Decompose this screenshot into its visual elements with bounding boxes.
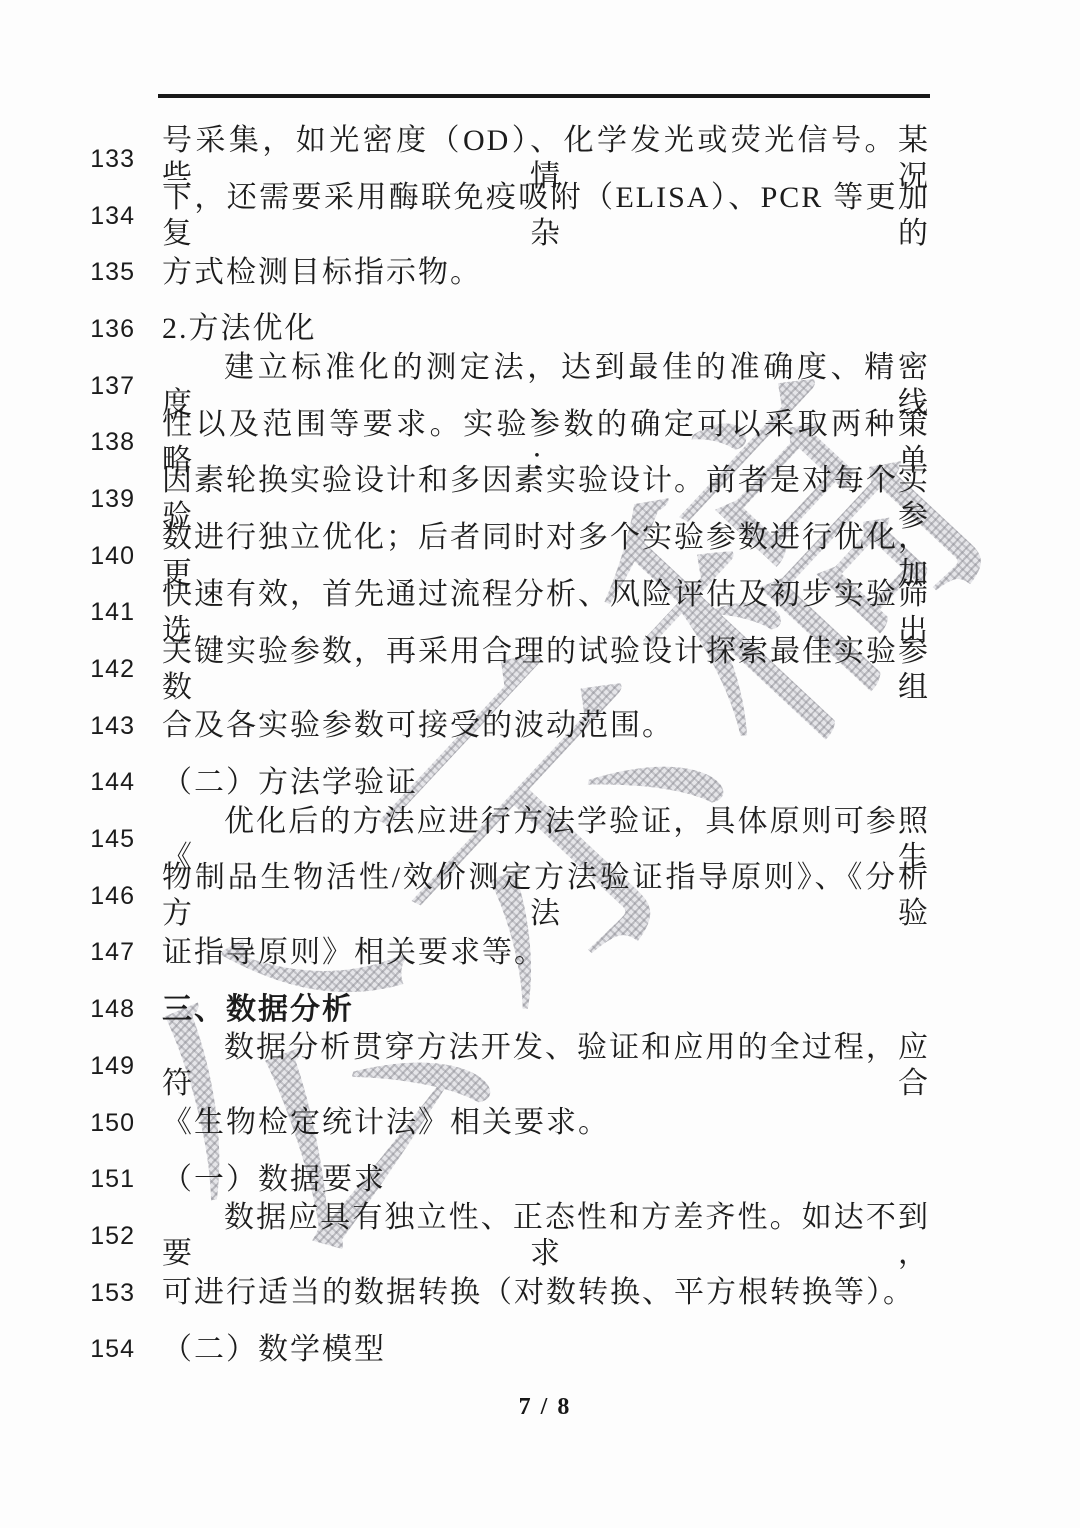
text-block: 133 号采集，如光密度（OD）、化学发光或荧光信号。某些情况 134 下，还需… (0, 131, 1080, 1378)
document-line: 147 证指导原则》相关要求等。 (0, 925, 1080, 982)
line-number: 150 (0, 1109, 135, 1138)
line-number: 144 (0, 768, 135, 797)
line-number: 139 (0, 485, 135, 514)
line-number: 152 (0, 1222, 135, 1251)
line-number: 133 (0, 145, 135, 174)
line-text: 《生物检定统计法》相关要求。 (162, 1105, 930, 1141)
line-number: 134 (0, 202, 135, 231)
line-number: 141 (0, 598, 135, 627)
line-number: 148 (0, 995, 135, 1024)
line-number: 142 (0, 655, 135, 684)
page-number: 7 / 8 (160, 1394, 930, 1421)
line-text: （二）数学模型 (162, 1332, 930, 1368)
line-number: 151 (0, 1165, 135, 1194)
document-line: 146 物制品生物活性/效价测定方法验证指导原则》、《分析方法验 (0, 868, 1080, 925)
line-number: 147 (0, 938, 135, 967)
line-number: 138 (0, 428, 135, 457)
line-text: 证指导原则》相关要求等。 (162, 935, 930, 971)
line-number: 140 (0, 542, 135, 571)
line-number: 136 (0, 315, 135, 344)
line-number: 145 (0, 825, 135, 854)
document-page: 公示稿 133 号采集，如光密度（OD）、化学发光或荧光信号。某些情况 134 … (0, 0, 1080, 1528)
header-rule (158, 94, 930, 98)
line-text: 合及各实验参数可接受的波动范围。 (162, 708, 930, 744)
line-number: 153 (0, 1279, 135, 1308)
document-line: 150 《生物检定统计法》相关要求。 (0, 1095, 1080, 1152)
document-line: 154 （二）数学模型 (0, 1321, 1080, 1378)
document-line: 143 合及各实验参数可接受的波动范围。 (0, 698, 1080, 755)
line-text: 三、数据分析 (162, 992, 930, 1028)
line-number: 135 (0, 258, 135, 287)
document-line: 134 下，还需要采用酶联免疫吸附（ELISA）、PCR 等更加复杂的 (0, 188, 1080, 245)
document-line: 142 关键实验参数，再采用合理的试验设计探索最佳实验参数组 (0, 641, 1080, 698)
line-text: 方式检测目标指示物。 (162, 255, 930, 291)
line-text: 可进行适当的数据转换（对数转换、平方根转换等）。 (162, 1275, 930, 1311)
line-number: 149 (0, 1052, 135, 1081)
line-text: 物制品生物活性/效价测定方法验证指导原则》、《分析方法验 (162, 860, 930, 932)
line-text: 关键实验参数，再采用合理的试验设计探索最佳实验参数组 (162, 634, 930, 706)
line-number: 137 (0, 372, 135, 401)
document-line: 149 数据分析贯穿方法开发、验证和应用的全过程，应符合 (0, 1038, 1080, 1095)
document-line: 152 数据应具有独立性、正态性和方差齐性。如达不到要求， (0, 1208, 1080, 1265)
line-number: 143 (0, 712, 135, 741)
document-line: 135 方式检测目标指示物。 (0, 244, 1080, 301)
line-text: 下，还需要采用酶联免疫吸附（ELISA）、PCR 等更加复杂的 (162, 180, 930, 252)
line-text: （二）方法学验证 (162, 765, 930, 801)
document-line: 153 可进行适当的数据转换（对数转换、平方根转换等）。 (0, 1265, 1080, 1322)
line-text: （一）数据要求 (162, 1162, 930, 1198)
line-text: 2.方法优化 (162, 311, 930, 347)
line-number: 154 (0, 1335, 135, 1364)
line-text: 数据分析贯穿方法开发、验证和应用的全过程，应符合 (162, 1030, 930, 1102)
line-number: 146 (0, 882, 135, 911)
line-text: 数据应具有独立性、正态性和方差齐性。如达不到要求， (162, 1200, 930, 1272)
